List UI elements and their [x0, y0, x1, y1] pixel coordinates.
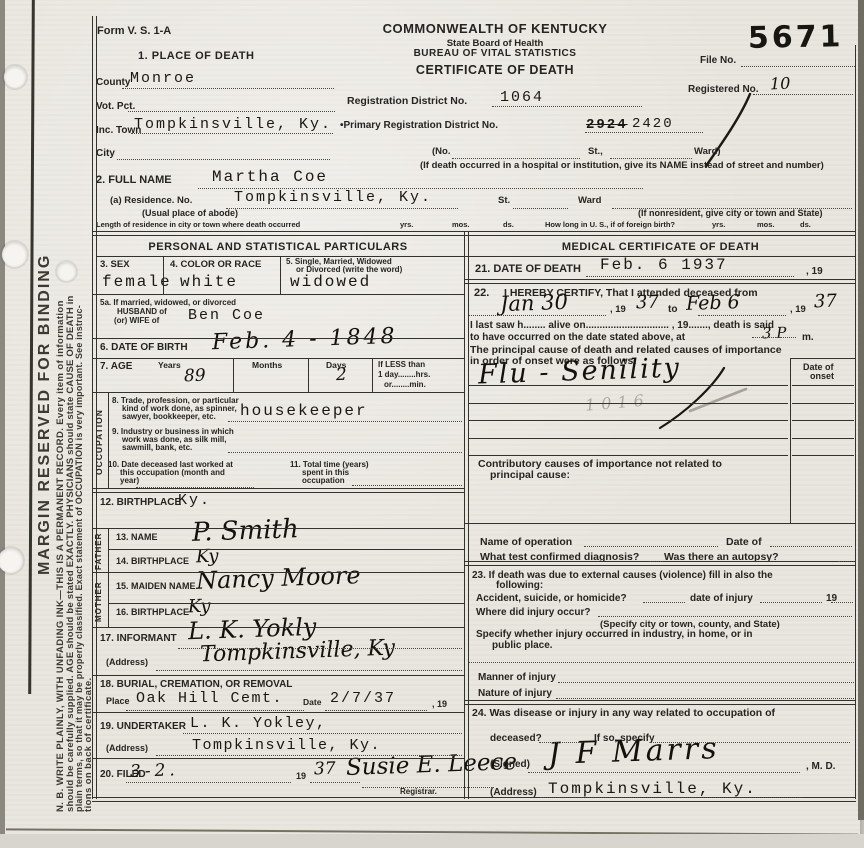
rule	[855, 45, 856, 799]
rule	[108, 603, 464, 604]
dotted-rule	[584, 545, 718, 547]
mother-name-value: Nancy Moore	[196, 563, 361, 593]
last-worked-label-3: year)	[120, 477, 139, 485]
rule	[465, 256, 856, 257]
full-name-value: Martha Coe	[212, 169, 328, 185]
specify-line1: Specify whether injury occurred in indus…	[476, 630, 753, 641]
county-value: Monroe	[130, 71, 196, 86]
date-of-onset-label2: onset	[810, 372, 834, 381]
last-saw-line: I last saw h........ alive on...........…	[470, 321, 774, 332]
dotted-rule	[122, 87, 334, 89]
md-label: , M. D.	[806, 762, 835, 773]
rule	[92, 627, 464, 628]
rule	[92, 712, 464, 713]
attended-to-value: Feb 6	[686, 293, 740, 314]
undertaker-address-value: Tompkinsville, Ky.	[192, 738, 381, 753]
ds-label: ds.	[503, 221, 514, 229]
attended-to-year: 37	[814, 293, 838, 312]
dotted-rule	[753, 93, 853, 95]
dotted-rule	[539, 741, 583, 743]
dotted-rule	[198, 187, 643, 189]
dotted-rule	[558, 681, 854, 683]
scanned-death-certificate: MARGIN RESERVED FOR BINDING N. B. WRITE …	[0, 0, 864, 848]
rule	[92, 488, 464, 493]
informant-address-label: (Address)	[106, 658, 148, 667]
dotted-rule	[468, 661, 854, 663]
certificate-form: Form V. S. 1-A 1. PLACE OF DEATH County …	[0, 0, 864, 848]
medical-section-title: MEDICAL CERTIFICATE OF DEATH	[465, 242, 856, 254]
full-name-label: 2. FULL NAME	[96, 175, 172, 187]
primary-reg-struck-value: 2924	[586, 118, 628, 132]
form-number: Form V. S. 1-A	[97, 26, 171, 38]
how-long-us-label: How long in U. S., if of foreign birth?	[545, 221, 675, 229]
street-label: St.,	[588, 147, 603, 157]
file-no-label: File No.	[700, 56, 736, 67]
rule	[92, 358, 464, 359]
contributory-line2: principal cause:	[490, 470, 570, 481]
physician-signature: J F Marrs	[548, 734, 721, 770]
hospital-note: (If death occurred in a hospital or inst…	[420, 161, 824, 171]
dotted-rule	[126, 709, 304, 711]
filed-year-label: 19	[296, 772, 306, 781]
place-of-death-title: 1. PLACE OF DEATH	[138, 51, 254, 63]
dotted-rule	[362, 786, 494, 788]
dotted-rule	[770, 545, 852, 547]
age-days-value: 2	[336, 367, 347, 384]
attended-from-year: 37	[636, 294, 660, 313]
ds-label-2: ds.	[800, 221, 811, 229]
dotted-rule	[585, 131, 703, 133]
mos-label: mos.	[452, 221, 470, 229]
dotted-rule	[492, 105, 642, 107]
rule	[792, 438, 854, 439]
age-months-label: Months	[252, 361, 282, 370]
undertaker-label: 19. UNDERTAKER	[100, 722, 186, 733]
dotted-rule	[760, 601, 822, 603]
burial-label: 18. BURIAL, CREMATION, OR REMOVAL	[100, 680, 292, 691]
street-no-label: (No.	[432, 147, 450, 157]
rule	[92, 16, 97, 799]
specify-line2: public place.	[492, 641, 553, 652]
registrar-label: Registrar.	[400, 788, 437, 796]
age-years-value: 89	[184, 368, 206, 386]
operation-date-label: Date of	[726, 537, 762, 548]
burial-date-label: Date	[303, 698, 321, 707]
dod-year-label: , 19	[806, 267, 823, 278]
dotted-rule	[650, 741, 850, 743]
from-year-label: , 19	[610, 305, 626, 315]
rule	[464, 231, 469, 799]
mos-label-2: mos.	[757, 221, 775, 229]
color-race-label: 4. COLOR OR RACE	[170, 260, 261, 270]
birthplace-value: Ky.	[178, 493, 211, 508]
dotted-rule	[228, 451, 462, 453]
dotted-rule	[128, 110, 335, 112]
certificate-title: CERTIFICATE OF DEATH	[340, 64, 650, 77]
signed-label: (Signed)	[490, 760, 530, 771]
rule	[92, 675, 464, 676]
related-occupation-line: 24. Was disease or injury in any way rel…	[472, 708, 775, 719]
rule	[372, 358, 373, 392]
father-birthplace-label: 14. BIRTHPLACE	[116, 557, 189, 566]
deceased-label: deceased?	[490, 734, 542, 745]
dotted-rule	[612, 207, 852, 209]
to-label: to	[668, 305, 677, 316]
filed-date-value: 3-2.	[130, 762, 179, 781]
dotted-rule	[598, 615, 852, 617]
dotted-rule	[556, 697, 854, 699]
rule	[92, 572, 464, 573]
dotted-rule	[468, 314, 606, 316]
less-than-label-3: or........min.	[384, 381, 426, 389]
sex-label: 3. SEX	[100, 260, 130, 270]
dotted-rule	[156, 754, 462, 756]
father-name-label: 13. NAME	[116, 533, 158, 542]
manner-of-injury-label: Manner of injury	[478, 673, 556, 684]
dotted-rule	[540, 796, 802, 798]
date-of-death-value: Feb. 6 1937	[600, 257, 728, 273]
color-race-value: white	[180, 274, 238, 290]
rule	[468, 403, 788, 404]
rule	[790, 358, 791, 523]
where-injury-label: Where did injury occur?	[476, 608, 590, 619]
less-than-label-2: 1 day........hrs.	[378, 371, 430, 379]
husband-label-3: (or) WIFE of	[114, 317, 159, 325]
reg-district-label: Registration District No.	[347, 96, 467, 107]
mother-name-label: 15. MAIDEN NAME	[116, 582, 196, 591]
to-year-label: , 19	[790, 305, 806, 315]
certify-number: 22.	[474, 288, 489, 300]
rule	[465, 523, 856, 524]
dob-value: Feb. 4 - 1848	[212, 326, 398, 354]
dotted-rule	[452, 157, 580, 159]
rule	[792, 403, 854, 404]
rule	[92, 528, 464, 529]
dob-label: 6. DATE OF BIRTH	[100, 343, 188, 354]
dotted-rule	[136, 486, 254, 488]
rule	[163, 256, 164, 294]
sex-value: female	[102, 274, 172, 290]
rule	[233, 358, 234, 392]
ward-label: Ward)	[694, 147, 721, 157]
personal-section-title: PERSONAL AND STATISTICAL PARTICULARS	[92, 242, 464, 254]
burial-date-value: 2/7/37	[330, 691, 396, 706]
accident-label: Accident, suicide, or homicide?	[476, 594, 627, 605]
husband-value: Ben Coe	[188, 308, 265, 323]
primary-reg-label: •Primary Registration District No.	[340, 121, 498, 132]
burial-place-label: Place	[106, 697, 130, 706]
mother-birthplace-value: Ky	[188, 598, 211, 617]
external-causes-line2: following:	[496, 581, 543, 592]
dotted-rule	[131, 132, 333, 134]
operation-label: Name of operation	[480, 537, 572, 548]
age-label: 7. AGE	[100, 362, 132, 373]
rule	[280, 256, 281, 294]
marital-value: widowed	[290, 274, 371, 290]
nature-of-injury-label: Nature of injury	[478, 689, 552, 700]
dotted-rule	[698, 314, 786, 316]
dotted-rule	[528, 771, 800, 773]
dotted-rule	[178, 647, 462, 649]
dotted-rule	[831, 601, 853, 603]
residence-ward-label: Ward	[578, 196, 601, 206]
rule	[92, 231, 856, 236]
primary-reg-value: 2420	[632, 117, 674, 131]
dotted-rule	[310, 781, 360, 783]
dotted-rule	[838, 560, 854, 562]
occurred-line: to have occurred on the date stated abov…	[470, 333, 685, 344]
trade-value: housekeeper	[240, 403, 368, 419]
rule	[468, 385, 788, 386]
undertaker-value: L. K. Yokley,	[190, 716, 327, 731]
rule	[792, 420, 854, 421]
rule	[92, 392, 464, 393]
yrs-label-2: yrs.	[712, 221, 725, 229]
informant-label: 17. INFORMANT	[100, 634, 177, 645]
undertaker-address-label: (Address)	[106, 744, 148, 753]
residence-value: Tompkinsville, Ky.	[234, 190, 432, 205]
dotted-rule	[226, 207, 458, 209]
dotted-rule	[649, 560, 663, 562]
reg-district-value: 1064	[500, 90, 544, 105]
rule	[790, 358, 856, 359]
inc-town-value: Tompkinsville, Ky.	[134, 117, 332, 132]
dotted-rule	[586, 275, 794, 277]
rule	[92, 294, 464, 295]
age-years-label: Years	[158, 361, 181, 370]
nonresident-note: (If nonresident, give city or town and S…	[638, 209, 823, 218]
dotted-rule	[183, 732, 462, 734]
commonwealth-title: COMMONWEALTH OF KENTUCKY	[340, 22, 650, 36]
residence-label: (a) Residence. No.	[110, 196, 192, 206]
dotted-rule	[117, 158, 330, 160]
father-name-value: P. Smith	[192, 516, 300, 546]
rule	[468, 420, 788, 421]
dotted-rule	[643, 601, 685, 603]
less-than-label-1: If LESS than	[378, 361, 425, 369]
dotted-rule	[752, 336, 796, 338]
dotted-rule	[228, 420, 462, 422]
rule	[468, 438, 788, 439]
mother-birthplace-label: 16. BIRTHPLACE	[116, 608, 189, 617]
rule	[108, 392, 109, 488]
rule	[92, 338, 464, 339]
rule	[92, 758, 464, 759]
date-of-death-label: 21. DATE OF DEATH	[475, 264, 581, 276]
rule	[792, 385, 854, 386]
death-time-value: 3 P	[762, 326, 787, 342]
length-residence-label: Length of residence in city or town wher…	[96, 221, 300, 229]
dotted-rule	[352, 484, 462, 486]
dotted-rule	[513, 207, 568, 209]
yrs-label: yrs.	[400, 221, 413, 229]
rule	[792, 455, 854, 456]
injury-date-label: date of injury	[690, 594, 753, 605]
city-label: City	[96, 149, 115, 160]
father-birthplace-value: Ky	[196, 548, 219, 567]
attended-from-value: Jan 30	[500, 292, 569, 315]
pencil-slash	[682, 385, 752, 415]
trade-label-3: sawyer, bookkeeper, etc.	[122, 413, 216, 421]
industry-label-3: sawmill, bank, etc.	[122, 444, 192, 452]
burial-year-label: , 19	[432, 700, 447, 709]
birthplace-label: 12. BIRTHPLACE	[100, 498, 181, 509]
dotted-rule	[156, 669, 462, 671]
rule	[108, 528, 109, 627]
rule	[465, 279, 856, 284]
total-time-label-3: occupation	[302, 477, 345, 485]
meridiem-label: m.	[802, 333, 814, 344]
filed-year-value: 37	[314, 761, 336, 779]
informant-address-value: Tompkinsville, Ky	[200, 638, 396, 667]
dotted-rule	[325, 709, 427, 711]
residence-st-label: St.	[498, 196, 510, 206]
dotted-rule	[741, 65, 855, 67]
physician-address-value: Tompkinsville, Ky.	[548, 781, 757, 797]
burial-place-value: Oak Hill Cemt.	[136, 691, 283, 706]
rule	[465, 700, 856, 705]
rule	[108, 549, 464, 550]
bureau-subtitle: BUREAU OF VITAL STATISTICS	[340, 49, 650, 60]
dotted-rule	[610, 157, 692, 159]
certificate-stamp-number: 5671	[748, 19, 844, 56]
abode-note: (Usual place of abode)	[142, 209, 238, 218]
rule	[308, 358, 309, 392]
dotted-rule	[126, 781, 291, 783]
registered-no-value: 10	[770, 76, 791, 93]
rule	[468, 455, 788, 456]
